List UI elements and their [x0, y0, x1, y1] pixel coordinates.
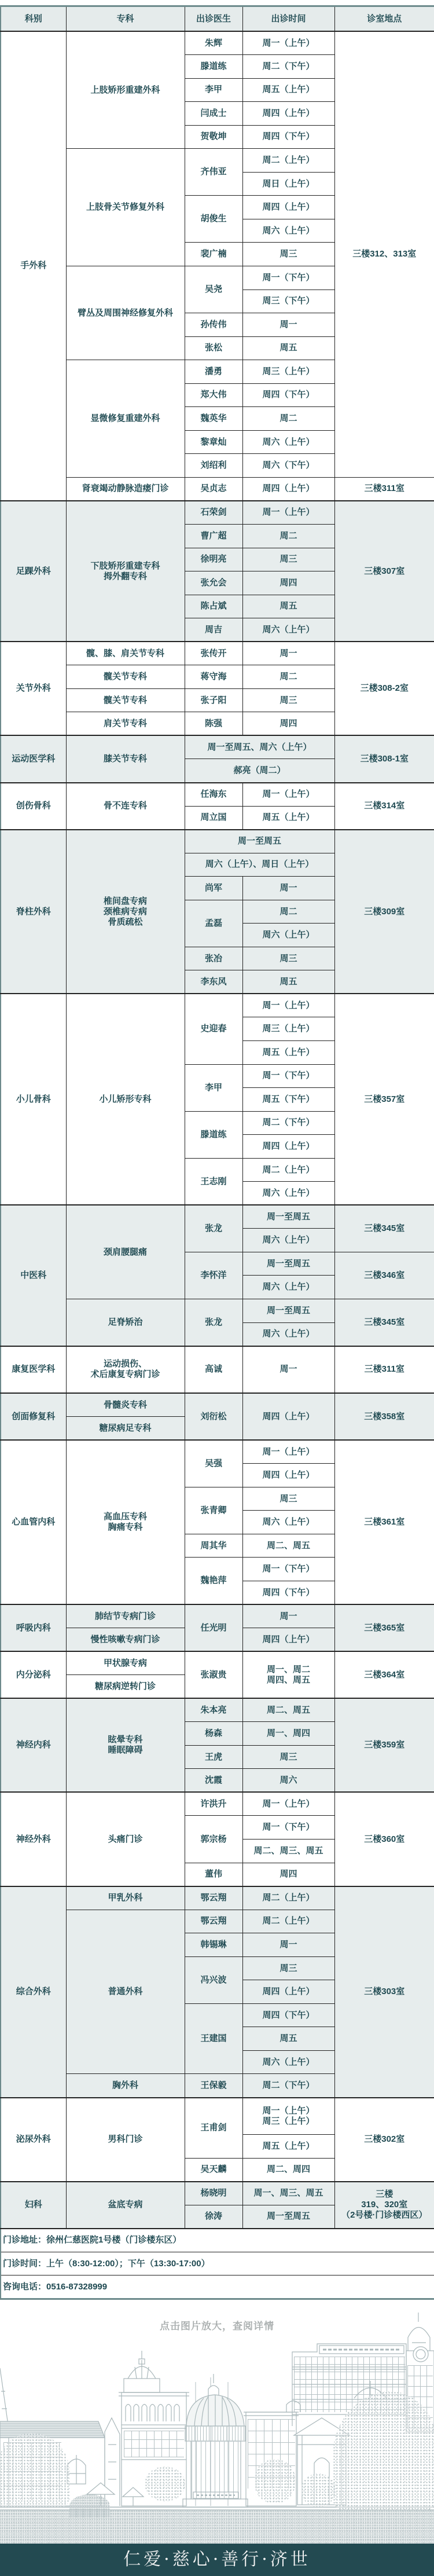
location-cell: 三楼346室 — [334, 1252, 434, 1299]
time-cell: 周四（下午） — [242, 2003, 334, 2027]
time-cell: 周二、周五 — [242, 1698, 334, 1722]
doctor-cell: 李东风 — [185, 970, 242, 994]
time-cell: 周三 — [242, 1487, 334, 1511]
specialty-cell: 肾衰竭动静脉造瘘门诊 — [66, 477, 185, 501]
time-cell: 周四（上午） — [242, 102, 334, 126]
time-cell: 周一（上午） — [242, 31, 334, 55]
specialty-cell: 髋关节专科 — [66, 688, 185, 712]
time-cell: 周三 — [242, 947, 334, 970]
time-cell: 周一至周五 — [242, 1252, 334, 1276]
tree-right-small — [301, 2474, 336, 2507]
location-cell: 三楼312、313室 — [334, 31, 434, 477]
specialty-cell: 小儿矫形专科 — [66, 994, 185, 1205]
time-cell: 周二、周三、周五 — [242, 1840, 334, 1863]
specialty-cell: 头痛门诊 — [66, 1792, 185, 1886]
department-cell: 运动医学科 — [1, 735, 66, 782]
location-cell: 三楼303室 — [334, 1886, 434, 2098]
header-doctor: 出诊医生 — [185, 6, 242, 32]
doctor-cell: 杨晓明 — [185, 2182, 242, 2205]
location-cell: 三楼359室 — [334, 1698, 434, 1792]
time-cell: 周三 — [242, 548, 334, 571]
specialty-cell: 足脊矫治 — [66, 1299, 185, 1346]
time-cell: 周四 — [242, 1863, 334, 1886]
doctor-cell: 蒋守海 — [185, 665, 242, 689]
doctor-cell: 杨森 — [185, 1722, 242, 1746]
doctor-cell: 任光明 — [185, 1604, 242, 1651]
time-cell: 周五 — [242, 970, 334, 994]
time-cell: 周六（上午） — [242, 219, 334, 243]
department-cell: 泌尿外科 — [1, 2098, 66, 2182]
time-cell: 周二（下午） — [242, 1111, 334, 1135]
time-cell: 周一（上午） — [242, 501, 334, 525]
time-cell: 周一（下午） — [242, 1064, 334, 1088]
time-cell: 周一（下午） — [242, 1816, 334, 1840]
time-cell: 周三 — [242, 243, 334, 266]
specialty-cell: 高血压专科 胸痛专科 — [66, 1440, 185, 1604]
schedule-row: 康复医学科运动损伤、 术后康复专病门诊高诚周一三楼311室 — [1, 1346, 434, 1394]
doctor-cell: 任海东 — [185, 783, 242, 807]
doctor-cell: 张子阳 — [185, 688, 242, 712]
time-cell: 周一（上午） 周三（上午） — [242, 2098, 334, 2135]
table-footer: 门诊地址：徐州仁慈医院1号楼（门诊楼东区） 门诊时间：上午（8:30-12:00… — [1, 2229, 434, 2299]
doctor-cell: 魏艳萍 — [185, 1558, 242, 1604]
schedule-body: 手外科上肢矫形重建外科朱辉周一（上午）三楼312、313室滕道练周二（下午）李甲… — [1, 31, 434, 2229]
time-cell: 周二（上午） — [242, 1910, 334, 1933]
time-cell: 周二（下午） — [242, 2074, 334, 2098]
department-cell: 内分泌科 — [1, 1651, 66, 1698]
specialty-cell: 盆底专病 — [66, 2182, 185, 2229]
specialty-cell: 骨不连专科 — [66, 783, 185, 830]
location-cell: 三楼364室 — [334, 1651, 434, 1698]
specialty-cell: 颈肩腰腿痛 — [66, 1205, 185, 1299]
colonnade — [192, 2442, 240, 2498]
location-cell: 三楼345室 — [334, 1299, 434, 1346]
specialty-cell: 肺结节专病门诊 — [66, 1604, 185, 1628]
time-cell: 周六 — [242, 1769, 334, 1793]
time-cell: 周六（上午） — [242, 430, 334, 454]
hospital-illustration[interactable] — [0, 2310, 434, 2544]
department-cell: 呼吸内科 — [1, 1604, 66, 1651]
schedule-row: 呼吸内科肺结节专病门诊任光明周一三楼365室 — [1, 1604, 434, 1628]
doctor-cell: 孟磊 — [185, 900, 242, 947]
doctor-cell: 王虎 — [185, 1745, 242, 1769]
time-cell: 周四 — [242, 712, 334, 736]
time-cell: 周二 — [242, 524, 334, 548]
doctor-cell: 徐涛 — [185, 2205, 242, 2229]
doctor-cell: 郭宗杨 — [185, 1816, 242, 1863]
time-cell: 周四（上午） — [242, 1464, 334, 1487]
doctor-cell: 李甲 — [185, 78, 242, 102]
time-cell: 周六（上午） — [242, 2050, 334, 2074]
time-cell: 周三 — [242, 1956, 334, 1980]
doctor-cell: 张允会 — [185, 571, 242, 595]
specialty-cell: 甲状腺专病 — [66, 1651, 185, 1675]
phone-label: 咨询电话： — [3, 2282, 46, 2292]
time-cell: 周三（上午） — [242, 360, 334, 384]
schedule-row: 综合外科甲乳外科鄂云翔周二（上午）三楼303室 — [1, 1886, 434, 1910]
doctor-cell: 滕道练 — [185, 1111, 242, 1158]
time-cell: 周四（上午） — [242, 1980, 334, 2004]
schedule-row: 关节外科髋、膝、肩关节专科张传开周一三楼308-2室 — [1, 642, 434, 665]
specialty-cell: 普通外科 — [66, 1910, 185, 2074]
doctor-cell: 吴天麟 — [185, 2158, 242, 2182]
specialty-cell: 运动损伤、 术后康复专病门诊 — [66, 1346, 185, 1394]
location-cell: 三楼361室 — [334, 1440, 434, 1604]
time-cell: 周五（上午） — [242, 78, 334, 102]
time-cell: 周五（上午） — [242, 1041, 334, 1065]
department-cell: 创伤骨科 — [1, 783, 66, 830]
time-cell: 周四（上午） — [242, 1393, 334, 1440]
schedule-row: 泌尿外科男科门诊王甫剑周一（上午） 周三（上午）三楼302室 — [1, 2098, 434, 2135]
table-header: 科别 专科 出诊医生 出诊时间 诊室地点 — [1, 6, 434, 32]
time-cell: 周三 — [242, 1745, 334, 1769]
time-cell: 周一 — [242, 1933, 334, 1957]
time-cell: 周日（上午） — [242, 172, 334, 196]
time-cell: 周二（上午） — [242, 149, 334, 173]
department-cell: 神经外科 — [1, 1792, 66, 1886]
time-cell: 周四 — [242, 571, 334, 595]
department-cell: 神经内科 — [1, 1698, 66, 1792]
department-cell: 综合外科 — [1, 1886, 66, 2098]
specialty-cell: 男科门诊 — [66, 2098, 185, 2182]
time-cell: 周五 — [242, 336, 334, 360]
schedule-row: 小儿骨科小儿矫形专科史迎春周一（上午）三楼357室 — [1, 994, 434, 1017]
doctor-cell: 胡俊生 — [185, 196, 242, 243]
time-cell: 周一至周五 — [242, 2205, 334, 2229]
phone-cell: 咨询电话：0516-87328999 — [1, 2275, 434, 2299]
schedule-row: 妇科盆底专病杨晓明周一、周三、周五三楼 319、320室 （2号楼·门诊楼西区） — [1, 2182, 434, 2205]
location-cell: 三楼302室 — [334, 2098, 434, 2182]
address-label: 门诊地址： — [3, 2235, 46, 2245]
time-cell: 周一至周五 — [242, 1299, 334, 1323]
schedule-row: 神经内科眩晕专科 睡眠障碍朱本亮周二、周五三楼359室 — [1, 1698, 434, 1722]
time-cell: 周六（下午） — [242, 454, 334, 478]
doctor-cell: 董伟 — [185, 1863, 242, 1886]
time-cell: 周三 — [242, 688, 334, 712]
doctor-cell: 许洪升 — [185, 1792, 242, 1816]
time-cell: 周二 — [242, 665, 334, 689]
time-cell: 周一（上午） — [242, 1440, 334, 1464]
time-cell: 周四（上午） — [242, 196, 334, 219]
specialty-cell: 胸外科 — [66, 2074, 185, 2098]
specialty-cell: 肩关节专科 — [66, 712, 185, 736]
time-cell: 周一、周三、周五 — [242, 2182, 334, 2205]
doctor-cell: 鄂云翔 — [185, 1886, 242, 1910]
doctor-cell: 石荣剑 — [185, 501, 242, 525]
time-cell: 周五 — [242, 2027, 334, 2051]
time-cell: 周四（上午） — [242, 1628, 334, 1652]
specialty-cell: 下肢矫形重建专科 拇外翻专科 — [66, 501, 185, 642]
doctor-cell: 张龙 — [185, 1205, 242, 1252]
time-cell: 周五 — [242, 595, 334, 618]
specialty-cell: 糖尿病足专科 — [66, 1417, 185, 1441]
department-cell: 关节外科 — [1, 642, 66, 735]
specialty-cell: 臂丛及周围神经修复外科 — [66, 266, 185, 360]
specialty-cell: 眩晕专科 睡眠障碍 — [66, 1698, 185, 1792]
time-cell: 周二（上午） — [242, 1886, 334, 1910]
doctor-cell: 潘勇 — [185, 360, 242, 384]
slogan-banner: 仁爱·慈心·善行·济世 — [0, 2544, 434, 2576]
doctor-cell: 朱本亮 — [185, 1698, 242, 1722]
doctor-cell: 张青卿 — [185, 1487, 242, 1534]
location-cell: 三楼309室 — [334, 830, 434, 994]
time-cell: 周二（下午） — [242, 55, 334, 79]
time-cell: 周一、周二 周四、周五 — [242, 1651, 334, 1698]
time-cell: 周一（下午） — [242, 1558, 334, 1581]
doctor-cell: 曹广超 — [185, 524, 242, 548]
schedule-row: 创面修复科骨髓炎专科刘衍松周四（上午）三楼358室 — [1, 1393, 434, 1417]
time-cell: 周四（下午） — [242, 1581, 334, 1605]
doctor-cell: 吴强 — [185, 1440, 242, 1487]
header-specialty: 专科 — [66, 6, 185, 32]
time-cell: 周六（上午） — [242, 924, 334, 947]
header-row: 科别 专科 出诊医生 出诊时间 诊室地点 — [1, 6, 434, 32]
time-cell: 周四（下午） — [242, 383, 334, 407]
hours-label: 门诊时间： — [3, 2259, 46, 2269]
time-cell: 周四（上午） — [242, 1135, 334, 1159]
schedule-row: 脊柱外科椎间盘专病 颈椎病专病 骨质疏松周一至周五三楼309室 — [1, 830, 434, 853]
doctor-cell: 史迎春 — [185, 994, 242, 1064]
time-cell: 周五（上午） — [242, 806, 334, 830]
specialty-cell: 膝关节专科 — [66, 735, 185, 782]
location-cell: 三楼308-1室 — [334, 735, 434, 782]
time-cell: 周一至周五 — [242, 1205, 334, 1229]
specialty-cell: 慢性咳嗽专病门诊 — [66, 1628, 185, 1652]
department-cell: 足踝外科 — [1, 501, 66, 642]
doctor-cell: 鄂云翔 — [185, 1910, 242, 1933]
location-cell: 三楼314室 — [334, 783, 434, 830]
doctor-cell: 裴广楠 — [185, 243, 242, 266]
time-cell: 周三（下午） — [242, 290, 334, 313]
doctor-cell: 黎章灿 — [185, 430, 242, 454]
address-value: 徐州仁慈医院1号楼（门诊楼东区） — [46, 2235, 181, 2245]
doctor-time-cell: 周一至周五、周六（上午） — [185, 735, 334, 759]
department-cell: 心血管内科 — [1, 1440, 66, 1604]
time-cell: 周一 — [242, 313, 334, 337]
enlarge-image-hint: 点击图片放大，查阅详情 — [0, 2318, 434, 2332]
location-cell: 三楼345室 — [334, 1205, 434, 1252]
shrub-center — [255, 2460, 295, 2503]
doctor-cell: 吴尧 — [185, 266, 242, 313]
time-cell: 周六（上午） — [242, 1511, 334, 1534]
doctor-cell: 沈霞 — [185, 1769, 242, 1793]
time-cell: 周五（下午） — [242, 1088, 334, 1112]
department-cell: 小儿骨科 — [1, 994, 66, 1205]
time-cell: 周六（上午） — [242, 618, 334, 642]
doctor-cell: 闫成士 — [185, 102, 242, 126]
location-cell: 三楼311室 — [334, 1346, 434, 1394]
department-cell: 脊柱外科 — [1, 830, 66, 994]
location-cell: 三楼357室 — [334, 994, 434, 1205]
schedule-row: 肾衰竭动静脉造瘘门诊吴贞志周四（上午）三楼311室 — [1, 477, 434, 501]
doctor-cell: 王保毅 — [185, 2074, 242, 2098]
schedule-row: 手外科上肢矫形重建外科朱辉周一（上午）三楼312、313室 — [1, 31, 434, 55]
location-cell: 三楼365室 — [334, 1604, 434, 1651]
doctor-cell: 魏英华 — [185, 407, 242, 431]
time-cell: 周六（上午） — [242, 1276, 334, 1299]
location-cell: 三楼 319、320室 （2号楼·门诊楼西区） — [334, 2182, 434, 2229]
doctor-cell: 冯兴波 — [185, 1956, 242, 2003]
time-cell: 周二、周四 — [242, 2158, 334, 2182]
hours-cell: 门诊时间：上午（8:30-12:00）；下午（13:30-17:00） — [1, 2252, 434, 2275]
footer-row-phone: 咨询电话：0516-87328999 — [1, 2275, 434, 2299]
footer-row-address: 门诊地址：徐州仁慈医院1号楼（门诊楼东区） — [1, 2229, 434, 2252]
time-cell: 周四（下午） — [242, 125, 334, 149]
time-cell: 周四（上午） — [242, 477, 334, 501]
time-cell: 周六（上午） — [242, 1322, 334, 1346]
doctor-cell: 周立国 — [185, 806, 242, 830]
doctor-cell: 张传开 — [185, 642, 242, 665]
doctor-cell: 张松 — [185, 336, 242, 360]
doctor-cell: 周其华 — [185, 1534, 242, 1558]
doctor-time-cell: 周六（上午）、周日（上午） — [185, 853, 334, 877]
outpatient-schedule-table: 科别 专科 出诊医生 出诊时间 诊室地点 手外科上肢矫形重建外科朱辉周一（上午）… — [0, 5, 434, 2300]
doctor-cell: 刘绍利 — [185, 454, 242, 478]
time-cell: 周一 — [242, 1346, 334, 1394]
schedule-row: 运动医学科膝关节专科周一至周五、周六（上午）三楼308-1室 — [1, 735, 434, 759]
location-cell: 三楼360室 — [334, 1792, 434, 1886]
specialty-cell: 髋关节专科 — [66, 665, 185, 689]
doctor-cell: 王志刚 — [185, 1158, 242, 1205]
location-cell: 三楼358室 — [334, 1393, 434, 1440]
location-cell: 三楼307室 — [334, 501, 434, 642]
schedule-row: 内分泌科甲状腺专病张淑贵周一、周二 周四、周五三楼364室 — [1, 1651, 434, 1675]
schedule-row: 创伤骨科骨不连专科任海东周一（上午）三楼314室 — [1, 783, 434, 807]
time-cell: 周一（上午） — [242, 783, 334, 807]
specialty-cell: 髋、膝、肩关节专科 — [66, 642, 185, 665]
specialty-cell: 糖尿病逆转门诊 — [66, 1675, 185, 1699]
schedule-row: 中医科颈肩腰腿痛张龙周一至周五三楼345室 — [1, 1205, 434, 1229]
slogan-text: 仁爱·慈心·善行·济世 — [123, 2549, 311, 2570]
hours-value: 上午（8:30-12:00）；下午（13:30-17:00） — [46, 2259, 210, 2269]
doctor-cell: 张淑贵 — [185, 1651, 242, 1698]
specialty-cell: 上肢矫形重建外科 — [66, 31, 185, 149]
doctor-cell: 孙传伟 — [185, 313, 242, 337]
doctor-cell: 齐伟亚 — [185, 149, 242, 196]
department-cell: 妇科 — [1, 2182, 66, 2229]
doctor-cell: 尚军 — [185, 877, 242, 900]
doctor-cell: 陈强 — [185, 712, 242, 736]
time-cell: 周二 — [242, 407, 334, 431]
doctor-cell: 郑大伟 — [185, 383, 242, 407]
facade-windows — [124, 2431, 184, 2457]
schedule-row: 心血管内科高血压专科 胸痛专科吴强周一（上午）三楼361室 — [1, 1440, 434, 1464]
schedule-row: 神经外科头痛门诊许洪升周一（上午）三楼360室 — [1, 1792, 434, 1816]
doctor-time-cell: 周一至周五 — [185, 830, 334, 853]
doctor-cell: 张龙 — [185, 1299, 242, 1346]
time-cell: 周一 — [242, 877, 334, 900]
department-cell: 康复医学科 — [1, 1346, 66, 1394]
specialty-cell: 甲乳外科 — [66, 1886, 185, 1910]
time-cell: 周三（上午） — [242, 1017, 334, 1041]
specialty-cell: 显微修复重建外科 — [66, 360, 185, 478]
doctor-cell: 刘衍松 — [185, 1393, 242, 1440]
ground — [0, 2511, 434, 2544]
time-cell: 周二、周五 — [242, 1534, 334, 1558]
time-cell: 周一、周四 — [242, 1722, 334, 1746]
doctor-cell: 朱辉 — [185, 31, 242, 55]
address-cell: 门诊地址：徐州仁慈医院1号楼（门诊楼东区） — [1, 2229, 434, 2252]
schedule-row: 足脊矫治张龙周一至周五三楼345室 — [1, 1299, 434, 1323]
time-cell: 周六（上午） — [242, 1182, 334, 1205]
doctor-cell: 滕道练 — [185, 55, 242, 79]
doctor-cell: 徐明亮 — [185, 548, 242, 571]
doctor-cell: 高诚 — [185, 1346, 242, 1394]
time-cell: 周一 — [242, 642, 334, 665]
doctor-cell: 陈占斌 — [185, 595, 242, 618]
doctor-cell: 王甫剑 — [185, 2098, 242, 2159]
department-cell: 中医科 — [1, 1205, 66, 1346]
time-cell: 周一（上午） — [242, 1792, 334, 1816]
specialty-cell: 上肢骨关节修复外科 — [66, 149, 185, 266]
location-cell: 三楼311室 — [334, 477, 434, 501]
doctor-cell: 贺敬坤 — [185, 125, 242, 149]
time-cell: 周六（上午） — [242, 1229, 334, 1252]
doctor-cell: 吴贞志 — [185, 477, 242, 501]
doctor-cell: 王建国 — [185, 2003, 242, 2074]
time-cell: 周二（上午） — [242, 1158, 334, 1182]
header-location: 诊室地点 — [334, 6, 434, 32]
doctor-cell: 周吉 — [185, 618, 242, 642]
time-cell: 周五（上午） — [242, 2135, 334, 2159]
header-time: 出诊时间 — [242, 6, 334, 32]
location-cell: 三楼308-2室 — [334, 642, 434, 735]
specialty-cell: 椎间盘专病 颈椎病专病 骨质疏松 — [66, 830, 185, 994]
header-department: 科别 — [1, 6, 66, 32]
footer-row-hours: 门诊时间：上午（8:30-12:00）；下午（13:30-17:00） — [1, 2252, 434, 2275]
doctor-cell: 韩锡琳 — [185, 1933, 242, 1957]
doctor-time-cell: 郝亮（周二） — [185, 759, 334, 783]
department-cell: 手外科 — [1, 31, 66, 501]
doctor-cell: 李怀洋 — [185, 1252, 242, 1299]
schedule-sheet: 科别 专科 出诊医生 出诊时间 诊室地点 手外科上肢矫形重建外科朱辉周一（上午）… — [0, 5, 434, 2300]
time-cell: 周一（上午） — [242, 994, 334, 1017]
tree-mid — [145, 2467, 185, 2501]
phone-value: 0516-87328999 — [46, 2282, 107, 2292]
specialty-cell: 骨髓炎专科 — [66, 1393, 185, 1417]
dome-drum — [186, 2427, 245, 2441]
department-cell: 创面修复科 — [1, 1393, 66, 1440]
doctor-cell: 张冶 — [185, 947, 242, 970]
time-cell: 周二 — [242, 900, 334, 924]
time-cell: 周一 — [242, 1604, 334, 1628]
schedule-row: 足踝外科下肢矫形重建专科 拇外翻专科石荣剑周一（上午）三楼307室 — [1, 501, 434, 525]
time-cell: 周一（下午） — [242, 266, 334, 290]
doctor-cell: 李甲 — [185, 1064, 242, 1111]
